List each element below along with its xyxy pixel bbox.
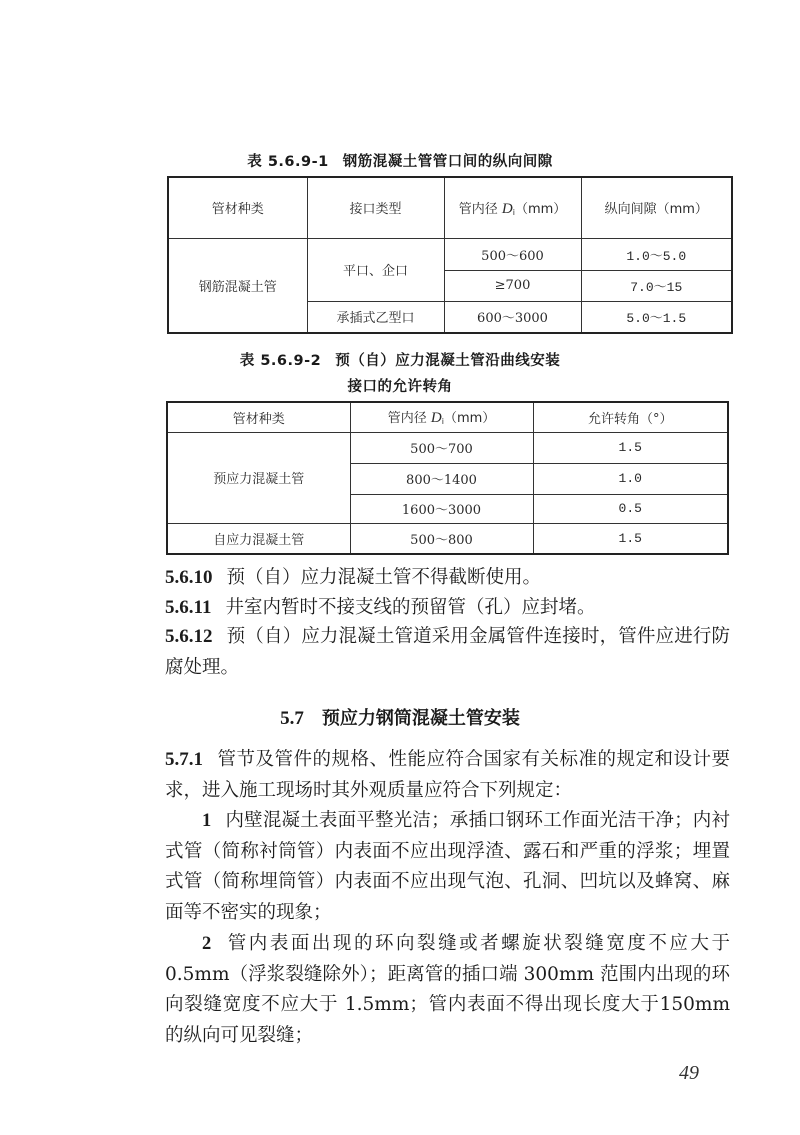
- diameter-unit: （mm）: [444, 411, 495, 426]
- clause-5-7-1: 5.7.1管节及管件的规格、性能应符合国家有关标准的规定和设计要求，进入施工现场…: [165, 745, 730, 806]
- table2-caption-line2: 接口的允许转角: [0, 375, 800, 396]
- table1: 管材种类 接口类型 管内径 Di（mm） 纵向间隙（mm） 钢筋混凝土管 平口、…: [167, 176, 733, 334]
- table1-joint-type: 平口、企口: [307, 238, 444, 301]
- clause-5-6-11: 5.6.11井室内暂时不接支线的预留管（孔）应封堵。: [165, 593, 730, 624]
- table1-number: 表 5.6.9-1: [247, 154, 328, 170]
- item-number: 2: [202, 934, 211, 954]
- page-number: 49: [679, 1062, 699, 1085]
- table1-header-gap: 纵向间隙（mm）: [581, 177, 732, 238]
- table2-header-angle: 允许转角（°）: [533, 402, 728, 432]
- table-row: 自应力混凝土管 500～800 1.5: [167, 523, 728, 554]
- table1-header-joint-type: 接口类型: [307, 177, 444, 238]
- table2-angle: 1.0: [533, 463, 728, 494]
- section-title: 预应力钢筒混凝土管安装: [322, 708, 520, 729]
- table2-diameter: 800～1400: [350, 463, 533, 494]
- clause-5-6-10: 5.6.10预（自）应力混凝土管不得截断使用。: [165, 563, 730, 594]
- clause-text: 预（自）应力混凝土管道采用金属管件连接时，管件应进行防腐处理。: [165, 626, 730, 678]
- table1-gap: 5.0～1.5: [581, 301, 732, 333]
- clause-5-7-1-item-2: 2管内表面出现的环向裂缝或者螺旋状裂缝宽度不应大于0.5mm（浮浆裂缝除外）；距…: [165, 929, 730, 1051]
- table2: 管材种类 管内径 Di（mm） 允许转角（°） 预应力混凝土管 500～700 …: [166, 401, 729, 555]
- table2-diameter: 1600～3000: [350, 494, 533, 523]
- clause-text: 预（自）应力混凝土管不得截断使用。: [227, 567, 542, 588]
- table2-pipe-type: 预应力混凝土管: [167, 432, 350, 523]
- table1-diameter: 600～3000: [444, 301, 581, 333]
- table1-caption: 表 5.6.9-1钢筋混凝土管管口间的纵向间隙: [0, 150, 800, 171]
- table2-title-line1: 预（自）应力混凝土管沿曲线安装: [335, 353, 560, 369]
- clause-text: 管节及管件的规格、性能应符合国家有关标准的规定和设计要求，进入施工现场时其外观质…: [165, 749, 730, 801]
- item-text: 管内表面出现的环向裂缝或者螺旋状裂缝宽度不应大于0.5mm（浮浆裂缝除外）；距离…: [165, 933, 730, 1046]
- clause-5-6-12: 5.6.12预（自）应力混凝土管道采用金属管件连接时，管件应进行防腐处理。: [165, 622, 730, 683]
- diameter-symbol: D: [431, 410, 442, 426]
- section-number: 5.7: [280, 708, 304, 729]
- table1-header-row: 管材种类 接口类型 管内径 Di（mm） 纵向间隙（mm）: [168, 177, 732, 238]
- table2-diameter: 500～800: [350, 523, 533, 554]
- diameter-label: 管内径: [388, 411, 427, 426]
- diameter-label: 管内径: [459, 202, 498, 217]
- diameter-unit: （mm）: [515, 202, 566, 217]
- table2-header-pipe-type: 管材种类: [167, 402, 350, 432]
- table2-diameter: 500～700: [350, 432, 533, 463]
- clause-number: 5.6.11: [165, 597, 211, 618]
- diameter-symbol: D: [502, 201, 513, 217]
- table2-angle: 0.5: [533, 494, 728, 523]
- clause-5-7-1-item-1: 1内壁混凝土表面平整光洁；承插口钢环工作面光洁干净；内衬式管（简称衬筒管）内表面…: [165, 806, 730, 928]
- table2-angle: 1.5: [533, 523, 728, 554]
- table-row: 钢筋混凝土管 平口、企口 500～600 1.0～5.0: [168, 238, 732, 270]
- item-text: 内壁混凝土表面平整光洁；承插口钢环工作面光洁干净；内衬式管（简称衬筒管）内表面不…: [165, 810, 730, 923]
- table-row: 预应力混凝土管 500～700 1.5: [167, 432, 728, 463]
- table2-caption: 表 5.6.9-2预（自）应力混凝土管沿曲线安装: [0, 349, 800, 370]
- table1-header-diameter: 管内径 Di（mm）: [444, 177, 581, 238]
- table2-number: 表 5.6.9-2: [240, 353, 321, 369]
- table1-gap: 1.0～5.0: [581, 238, 732, 270]
- table2-title-line2: 接口的允许转角: [348, 379, 453, 395]
- table1-pipe-type: 钢筋混凝土管: [168, 238, 307, 333]
- clause-number: 5.6.10: [165, 567, 213, 588]
- clause-number: 5.6.12: [165, 626, 213, 647]
- table1-title: 钢筋混凝土管管口间的纵向间隙: [343, 154, 553, 170]
- table1-diameter: 500～600: [444, 238, 581, 270]
- item-number: 1: [202, 811, 211, 831]
- table1-joint-type: 承插式乙型口: [307, 301, 444, 333]
- table2-angle: 1.5: [533, 432, 728, 463]
- table1-gap: 7.0～15: [581, 270, 732, 301]
- table1-header-pipe-type: 管材种类: [168, 177, 307, 238]
- table2-header-row: 管材种类 管内径 Di（mm） 允许转角（°）: [167, 402, 728, 432]
- table1-diameter: ≥700: [444, 270, 581, 301]
- section-heading: 5.7预应力钢筒混凝土管安装: [0, 704, 800, 730]
- clause-number: 5.7.1: [165, 749, 203, 770]
- clause-text: 井室内暂时不接支线的预留管（孔）应封堵。: [225, 597, 595, 618]
- table2-header-diameter: 管内径 Di（mm）: [350, 402, 533, 432]
- table2-pipe-type: 自应力混凝土管: [167, 523, 350, 554]
